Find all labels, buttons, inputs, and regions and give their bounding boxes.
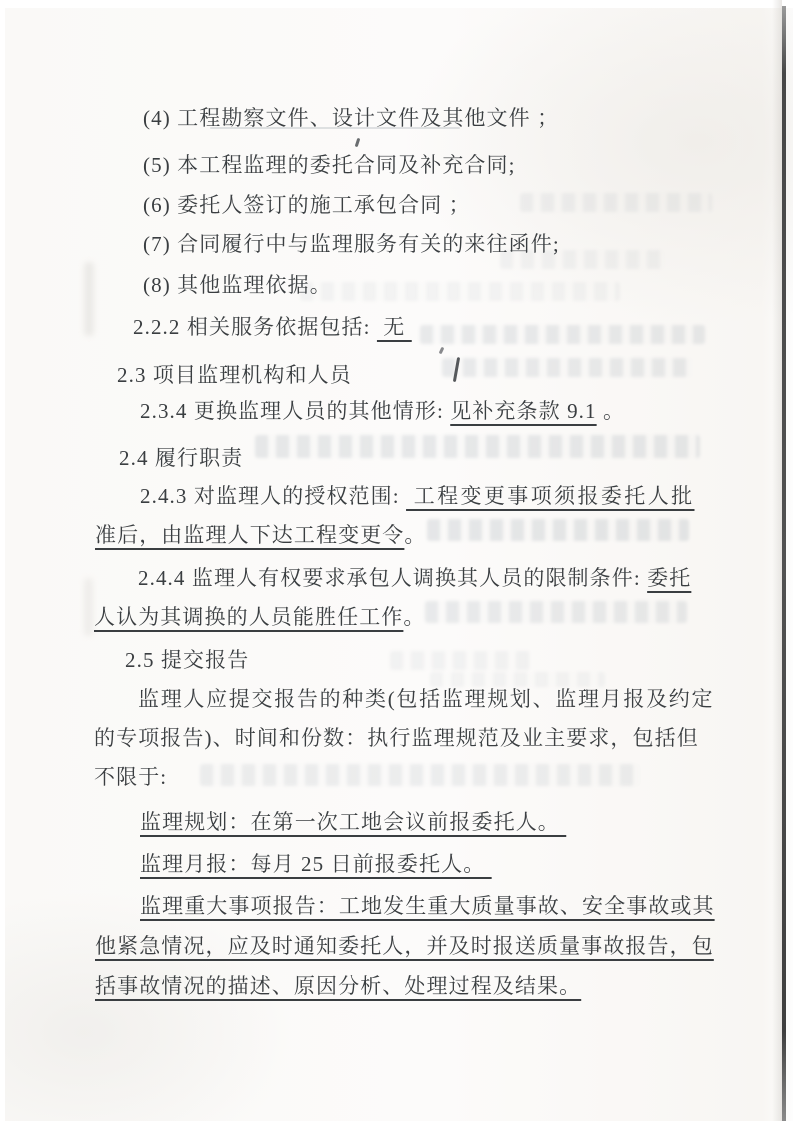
line-text: (8) 其他监理依据。 [143,273,332,297]
bleed-through-artifact [420,325,705,344]
text-line: (6) 委托人签订的施工承包合同 ； [143,191,471,219]
line-text: 2.5 提交报告 [125,648,249,672]
line-text: 的专项报告)、时间和份数：执行监理规范及业主要求，包括但 [94,726,699,750]
text-line: 人认为其调换的人员能胜任工作。 [94,603,426,631]
line-underlined-text: 括事故情况的描述、原因分析、处理过程及结果。 [95,974,581,998]
line-underlined-text: 人认为其调换的人员能胜任工作 [94,605,403,629]
section-heading: 2.3 项目监理机构和人员 [117,361,352,389]
line-text: (5) 本工程监理的委托合同及补充合同; [143,153,516,177]
margin-smudge [84,578,93,636]
text-line: 监理月报：每月 25 日前报委托人。 [140,850,492,878]
text-line: 2.3.4 更换监理人员的其他情形: 见补充条款 9.1 。 [140,397,625,425]
line-text: 2.3.4 更换监理人员的其他情形: [140,399,450,423]
text-line: (7) 合同履行中与监理服务有关的来往函件; [143,230,560,258]
bleed-through-artifact [255,435,700,458]
line-text: (6) 委托人签订的施工承包合同 ； [143,193,471,217]
text-line: 括事故情况的描述、原因分析、处理过程及结果。 [95,972,581,1000]
text-line: 监理重大事项报告：工地发生重大质量事故、安全事故或其 [140,892,715,920]
line-text: (7) 合同履行中与监理服务有关的来往函件; [143,232,560,256]
line-text: 。 [404,523,426,547]
bleed-through-artifact [427,519,689,541]
text-line: (4) 工程勘察文件、设计文件及其他文件 ； [143,104,559,132]
scan-edge-line [782,6,786,1121]
line-text: (4) 工程勘察文件、设计文件及其他文件 ； [143,106,559,130]
margin-smudge [84,262,94,336]
line-underlined-text: 监理重大事项报告：工地发生重大质量事故、安全事故或其 [140,894,715,918]
bleed-through-artifact [520,193,712,212]
scanned-document-page: { "page": { "kind": "scanned contract pa… [0,0,793,1121]
section-heading: 2.4 履行职责 [119,444,243,472]
line-text: 。 [403,605,425,629]
line-text: 2.2.2 相关服务依据包括: [133,315,377,339]
bleed-through-artifact [300,282,620,301]
line-underlined-text: 监理月报：每月 25 日前报委托人。 [140,852,492,876]
line-text: 监理人应提交报告的种类(包括监理规划、监理月报及约定 [138,687,714,711]
bleed-through-artifact [442,358,692,377]
text-line: 监理规划：在第一次工地会议前报委托人。 [140,808,566,836]
bleed-through-artifact [200,764,640,786]
line-underlined-text: 见补充条款 9.1 [450,399,596,423]
text-line: 2.4.4 监理人有权要求承包人调换其人员的限制条件: 委托 [138,564,691,592]
line-text: 。 [597,399,625,423]
text-line: (5) 本工程监理的委托合同及补充合同; [143,151,516,179]
line-underlined-text: 他紧急情况，应及时通知委托人，并及时报送质量事故报告，包 [95,934,714,958]
line-underlined-text: 准后，由监理人下达工程变更令 [95,523,404,547]
line-underlined-text: 无 [377,315,412,339]
scan-edge-shadow [772,0,782,1121]
line-text: 2.4 履行职责 [119,446,243,470]
line-underlined-text: 委托 [647,566,691,590]
section-heading: 2.5 提交报告 [125,646,249,674]
text-line: 2.4.3 对监理人的授权范围: 工程变更事项须报委托人批 [140,482,695,510]
line-text: 不限于: [94,765,167,789]
text-line: 不限于: [94,763,167,791]
bleed-through-artifact [425,601,687,623]
bleed-through-artifact [390,651,530,670]
text-line: 监理人应提交报告的种类(包括监理规划、监理月报及约定 [138,685,714,713]
text-line: (8) 其他监理依据。 [143,271,332,299]
text-line: 的专项报告)、时间和份数：执行监理规范及业主要求，包括但 [94,724,699,752]
line-underlined-text: 监理规划：在第一次工地会议前报委托人。 [140,810,566,834]
line-underlined-text: 工程变更事项须报委托人批 [406,484,694,508]
line-text: 2.4.3 对监理人的授权范围: [140,484,406,508]
line-text: 2.3 项目监理机构和人员 [117,363,352,387]
line-text: 2.4.4 监理人有权要求承包人调换其人员的限制条件: [138,566,647,590]
text-line: 准后，由监理人下达工程变更令。 [95,521,427,549]
text-line: 2.2.2 相关服务依据包括: 无 [133,313,412,341]
text-line: 他紧急情况，应及时通知委托人，并及时报送质量事故报告，包 [95,932,714,960]
